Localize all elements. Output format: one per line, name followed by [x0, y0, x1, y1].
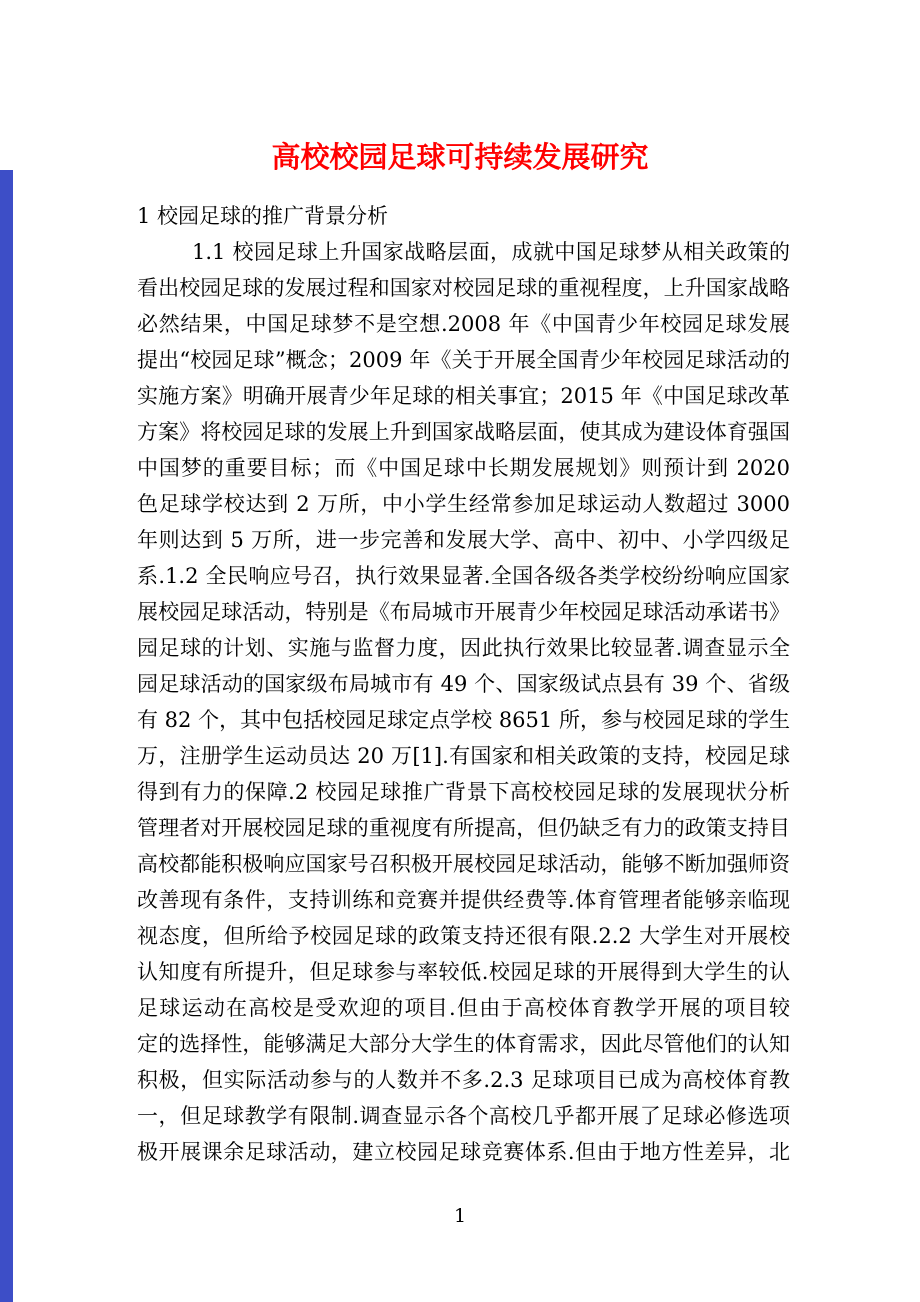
text-line: 万，注册学生运动员达 20 万[1].有国家和相关政策的支持，校园足球的发展就 [137, 738, 790, 774]
paragraph-lines: 1.1 校园足球上升国家战略层面，成就中国足球梦从相关政策的出台可以看出校园足球… [137, 234, 790, 1170]
text-line: 园足球活动的国家级布局城市有 49 个、国家级试点县有 39 个、省级布局城市 [137, 666, 790, 702]
text-line: 方案》将校园足球的发展上升到国家战略层面，使其成为建设体育强国和实现 [137, 414, 790, 450]
text-line: 积极，但实际活动参与的人数并不多.2.3 足球项目已成为高校体育教学内容之 [137, 1062, 790, 1098]
text-line: 1.1 校园足球上升国家战略层面，成就中国足球梦从相关政策的出台可以 [137, 234, 790, 270]
text-line: 有 82 个，其中包括校园足球定点学校 8651 所，参与校园足球的学生人数达 … [137, 702, 790, 738]
text-line: 展校园足球活动，特别是《布局城市开展青少年校园足球活动承诺书》加强校 [137, 594, 790, 630]
text-line: 管理者对开展校园足球的重视度有所提高，但仍缺乏有力的政策支持目前各个 [137, 810, 790, 846]
text-line: 园足球的计划、实施与监督力度，因此执行效果比较显著.调查显示全国开展校 [137, 630, 790, 666]
text-line: 视态度，但所给予校园足球的政策支持还很有限.2.2 大学生对开展校园足球的 [137, 918, 790, 954]
text-line: 年则达到 5 万所，进一步完善和发展大学、高中、初中、小学四级足球联赛体 [137, 522, 790, 558]
text-line: 看出校园足球的发展过程和国家对校园足球的重视程度，上升国家战略层面是 [137, 270, 790, 306]
text-line: 得到有力的保障.2 校园足球推广背景下高校校园足球的发展现状分析 2.1 体育 [137, 774, 790, 810]
text-line: 极开展课余足球活动，建立校园足球竞赛体系.但由于地方性差异，北方高校开 [137, 1134, 790, 1170]
text-line: 实施方案》明确开展青少年足球的相关事宜；2015 年《中国足球改革发展总体 [137, 378, 790, 414]
section-heading: 1 校园足球的推广背景分析 [137, 198, 790, 234]
document-page: 高校校园足球可持续发展研究 1 校园足球的推广背景分析 1.1 校园足球上升国家… [0, 0, 920, 1302]
text-line: 足球运动在高校是受欢迎的项目.但由于高校体育教学开展的项目较多，且有一 [137, 990, 790, 1026]
text-line: 定的选择性，能够满足大部分大学生的体育需求，因此尽管他们的认知态度很 [137, 1026, 790, 1062]
text-line: 中国梦的重要目标；而《中国足球中长期发展规划》则预计到 2020 年，全国特 [137, 450, 790, 486]
text-line: 必然结果，中国足球梦不是空想.2008 年《中国青少年校园足球发展计划》正式 [137, 306, 790, 342]
text-line: 提出“校园足球”概念；2009 年《关于开展全国青少年校园足球活动的通知及 [137, 342, 790, 378]
left-accent-bar [0, 170, 13, 1302]
text-line: 系.1.2 全民响应号召，执行效果显著.全国各级各类学校纷纷响应国家号召，开 [137, 558, 790, 594]
page-number: 1 [0, 1204, 920, 1228]
text-line: 色足球学校达到 2 万所，中小学生经常参加足球运动人数超过 3000 万人.20… [137, 486, 790, 522]
text-line: 认知度有所提升，但足球参与率较低.校园足球的开展得到大学生的认可，说明 [137, 954, 790, 990]
text-line: 改善现有条件，支持训练和竞赛并提供经费等.体育管理者能够亲临现场表明重 [137, 882, 790, 918]
document-title: 高校校园足球可持续发展研究 [0, 139, 920, 175]
text-line: 一，但足球教学有限制.调查显示各个高校几乎都开展了足球必修选项课程，积 [137, 1098, 790, 1134]
text-line: 高校都能积极响应国家号召积极开展校园足球活动，能够不断加强师资力量， [137, 846, 790, 882]
